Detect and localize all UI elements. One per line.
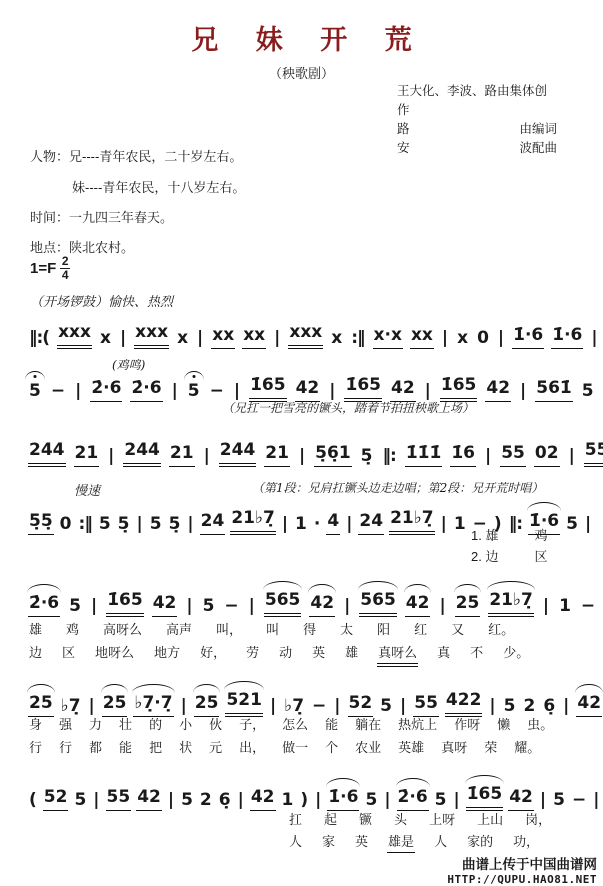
notation-token: 岗， [524, 812, 552, 828]
credits-role: 波配曲 [519, 139, 557, 158]
credits-role: 由编词 [519, 120, 557, 139]
notation-token: ( [28, 790, 38, 811]
notation-token: 英 [354, 834, 369, 850]
notation-token: 躺在 [354, 717, 382, 733]
notation-token: | [584, 514, 592, 535]
notation-token: 565 [359, 590, 397, 617]
notation-token: ) [299, 790, 309, 811]
notation-token: ♭7̣ [283, 696, 305, 717]
lyrics-line-6-verse-1: 身强力壮的小伙子，怎么能躺在热炕上作呀懒虫。 [28, 717, 554, 733]
notation-token: 5 [149, 514, 163, 535]
notation-token: 头 [393, 812, 408, 828]
notation-token: | [136, 514, 144, 535]
notation-token: 565 [264, 590, 302, 617]
notation-token: 边 [28, 645, 43, 661]
notation-token: 又 [450, 622, 465, 638]
notation-token: 2̇·6 [130, 378, 162, 402]
lyrics-line-5-verse-1: 雄鸡高呀么高声叫，叫得太阳红又红。 [28, 622, 515, 638]
notation-token: 动 [278, 645, 293, 661]
notation-token: | [88, 696, 96, 717]
notation-token: 壮 [118, 717, 133, 733]
notation-token: 2. 边 [470, 549, 499, 565]
notation-token: 24 [200, 511, 226, 535]
notation-token: 真 [436, 645, 451, 661]
notation-token: 做一 [281, 740, 309, 756]
notation-token: 功， [512, 834, 540, 850]
notation-token: 5̣ [360, 446, 374, 467]
notation-token: 244 [219, 440, 257, 467]
notation-token: 作呀 [453, 717, 481, 733]
notation-token: 地呀么 [94, 645, 135, 661]
notation-token: 真呀么 [377, 645, 418, 667]
notation-token: | [74, 381, 82, 402]
notation-token: ♭7̣·7̣ [133, 693, 173, 717]
music-line-6: 25♭7̣|25♭7̣·7̣|25521|♭7̣−|525|55422|526̣… [28, 690, 603, 717]
notation-token: | [171, 381, 179, 402]
notation-token: | [542, 596, 550, 617]
notation-token: 1̇65 [106, 590, 144, 617]
notation-token: | [167, 790, 175, 811]
notation-token: 1̇65 [466, 784, 504, 811]
notation-token: 1 [294, 514, 308, 535]
notation-token: 不 [469, 645, 484, 661]
notation-token: 21♭7̣ [488, 590, 534, 617]
notation-token: | [441, 328, 449, 349]
notation-token: 0 [59, 514, 73, 535]
verse-numbers: 1. 雄鸡 2. 边区 [470, 528, 548, 571]
meta-time: 时间：一九四三年春天。 [30, 207, 173, 226]
notation-token: 244 [123, 440, 161, 467]
notation-token: 2 [199, 790, 213, 811]
notation-token: | [592, 790, 600, 811]
notation-token: 雄 [28, 622, 43, 638]
notation-token: 劳 [245, 645, 260, 661]
notation-token: | [248, 596, 256, 617]
music-line-5: 2̇·65|1̇6542|5−|56542|56542|2521♭7̣|1−| [28, 590, 603, 617]
notation-token: 42 [136, 787, 162, 811]
notation-token: 起 [323, 812, 338, 828]
notation-token: | [590, 328, 598, 349]
notation-token: 镢 [358, 812, 373, 828]
notation-token: 真呀 [440, 740, 468, 756]
notation-token: 农业 [354, 740, 382, 756]
notation-token: xxx [134, 322, 169, 349]
notation-token: | [269, 696, 277, 717]
notation-token: 244 [28, 440, 66, 467]
watermark-url: HTTP://QUPU.HAO81.NET [447, 873, 597, 886]
notation-token: 5 [581, 381, 595, 402]
page-title: 兄 妹 开 荒 [0, 18, 603, 57]
notation-token: 24 [358, 511, 384, 535]
time-numerator: 2 [62, 256, 69, 267]
notation-token: 0 [476, 328, 490, 349]
notation-token: | [333, 696, 341, 717]
notation-token: 1̇·6 [327, 787, 359, 811]
notation-token: 5 [364, 790, 378, 811]
notation-token: 21 [264, 443, 290, 467]
notation-token: − [311, 696, 327, 717]
music-line-1-percussion: ‖:(xxxx|xxxx|xxxx|xxxx:‖x·xxx|x0|1̇·61̇·… [28, 322, 599, 349]
notation-token: 2̇·6 [28, 593, 60, 617]
notation-token: 身 [28, 717, 43, 733]
notation-token: 强 [58, 717, 73, 733]
notation-token: 5 [73, 790, 87, 811]
notation-token: 叫， [215, 622, 243, 638]
notation-token: 5 [187, 381, 201, 402]
notation-token: 虫。 [526, 717, 554, 733]
notation-token: − [50, 381, 66, 402]
notation-token: x [456, 328, 469, 349]
notation-token: 高呀么 [102, 622, 143, 638]
notation-token: ♭7̣ [60, 696, 82, 717]
notation-token: | [203, 446, 211, 467]
notation-token: 1̇1̇1̇ [405, 443, 443, 467]
credits-line-2: 路 由编词 [397, 120, 557, 139]
notation-token: | [196, 328, 204, 349]
notation-token: 561̇ [535, 378, 573, 402]
sheet-music-page: 兄 妹 开 荒 （秧歌剧） 王大化、李波、路由集体创作 路 由编词 安 波配曲 … [0, 0, 603, 886]
notation-token: | [90, 596, 98, 617]
notation-token: | [484, 446, 492, 467]
lyrics-line-7-verse-1: 扛起镢头上呀上山岗， [288, 812, 552, 828]
notation-token: 42 [250, 787, 276, 811]
lyrics-line-6-verse-2: 行行都能把状元出，做一个农业英雄真呀荣耀。 [28, 740, 541, 756]
notation-token: 小 [178, 717, 193, 733]
notation-token: 5̣ [117, 514, 131, 535]
notation-token: 5̣ [168, 514, 182, 535]
notation-token: | [185, 596, 193, 617]
notation-token: 1̇·6 [551, 325, 583, 349]
notation-token: 扛 [288, 812, 303, 828]
verse-2-label: 2. 边区 [470, 549, 548, 565]
notation-token: xx [410, 325, 434, 349]
notation-token: :‖ [350, 328, 365, 349]
notation-token: 太 [339, 622, 354, 638]
credits-line-3: 安 波配曲 [397, 139, 557, 158]
verse-instruction: （第1段：兄肩扛镢头边走边唱；第2段：兄开荒时唱） [252, 479, 543, 496]
notation-token: 红。 [487, 622, 515, 638]
notation-token: 25 [102, 693, 128, 717]
notation-token: · [313, 514, 321, 535]
notation-token: 25 [194, 693, 220, 717]
notation-token: 少。 [502, 645, 530, 661]
meta-characters-2: 妹----青年农民，十八岁左右。 [72, 177, 245, 196]
notation-token: 懒 [496, 717, 511, 733]
notation-token: 25 [455, 593, 481, 617]
notation-token: 5 [180, 790, 194, 811]
notation-token: | [314, 790, 322, 811]
notation-token: 42 [485, 378, 511, 402]
notation-token: 2̇·6 [90, 378, 122, 402]
tempo-slow-label: 慢速 [74, 480, 100, 499]
tempo-marking: （开场锣鼓）愉快、热烈 [30, 291, 173, 310]
notation-token: 上山 [476, 812, 504, 828]
notation-token: | [399, 696, 407, 717]
notation-token: 地方 [153, 645, 181, 661]
notation-token: | [119, 328, 127, 349]
notation-token: 1̇·6 [512, 325, 544, 349]
notation-token: xx [242, 325, 266, 349]
notation-token: 25 [28, 693, 54, 717]
notation-token: x [176, 328, 189, 349]
credits-line-1: 王大化、李波、路由集体创作 [397, 82, 557, 120]
notation-token: − [580, 596, 596, 617]
notation-token: | [440, 514, 448, 535]
notation-token: 52 [348, 693, 374, 717]
notation-token: 521 [225, 690, 263, 717]
stage-direction-entrance: （兄扛一把雪亮的镢头，踏着节拍扭秧歌上场） [222, 399, 474, 416]
notation-token: 52 [43, 787, 69, 811]
notation-token: 区 [61, 645, 76, 661]
notation-token: 42 [508, 787, 534, 811]
notation-token: 5 [202, 596, 216, 617]
notation-token: | [343, 596, 351, 617]
notation-token: 5̣6̣1 [314, 443, 352, 467]
notation-token: 21 [169, 443, 195, 467]
notation-token: 好， [199, 645, 227, 661]
notation-token: 鸡 [533, 528, 548, 544]
notation-token: 荣 [483, 740, 498, 756]
lyrics-line-5-verse-2: 边区地呀么地方好，劳动英雄真呀么真不少。 [28, 645, 530, 667]
notation-token: − [223, 596, 239, 617]
label-rooster-crow: (鸡鸣) [112, 356, 145, 373]
notation-token: 21♭7̣ [389, 508, 435, 535]
notation-token: − [571, 790, 587, 811]
notation-token: 个 [324, 740, 339, 756]
notation-token: 雄是 [387, 834, 415, 853]
notation-token: 的 [148, 717, 163, 733]
notation-token: 2̇·6 [397, 787, 429, 811]
notation-token: 555 [584, 440, 603, 467]
notation-token: 21 [74, 443, 100, 467]
notation-token: 21♭7̣ [230, 508, 276, 535]
notation-token: 家的 [466, 834, 494, 850]
notation-token: 元 [208, 740, 223, 756]
notation-token: 英雄 [397, 740, 425, 756]
notation-token: 1̇6 [450, 443, 476, 467]
notation-token: 人 [288, 834, 303, 850]
credits-name-left: 路 [397, 120, 410, 139]
notation-token: 55 [500, 443, 526, 467]
time-signature: 2 4 [60, 256, 70, 281]
notation-token: | [539, 790, 547, 811]
notation-token: 02 [534, 443, 560, 467]
key-signature: 1=F 2 4 [30, 256, 70, 281]
notation-token: | [107, 446, 115, 467]
notation-token: 区 [533, 549, 548, 565]
notation-token: 5 [552, 790, 566, 811]
notation-token: 怎么 [281, 717, 309, 733]
watermark: 曲谱上传于中国曲谱网 HTTP://QUPU.HAO81.NET [447, 853, 597, 886]
notation-token: ‖:( [28, 328, 50, 349]
notation-token: 子， [238, 717, 266, 733]
subtitle: （秧歌剧） [0, 63, 603, 82]
notation-token: xx [211, 325, 235, 349]
notation-token: 耀。 [513, 740, 541, 756]
notation-token: x [99, 328, 112, 349]
music-line-7: (525|5542|526̣|421)|1̇·65|2̇·65|1̇6542|5… [28, 784, 600, 811]
credits-block: 王大化、李波、路由集体创作 路 由编词 安 波配曲 [397, 82, 557, 158]
credits-name-left: 安 [397, 139, 410, 158]
notation-token: | [237, 790, 245, 811]
notation-token: 5̣5̣ [28, 511, 54, 535]
notation-token: 行 [58, 740, 73, 756]
notation-token: 人 [433, 834, 448, 850]
notation-token: 出， [238, 740, 266, 756]
notation-token: 把 [148, 740, 163, 756]
notation-token: | [453, 790, 461, 811]
meta-characters: 人物：兄----青年农民，二十岁左右。 [30, 146, 242, 165]
notation-token: | [180, 696, 188, 717]
notation-token: 2 [522, 696, 536, 717]
notation-token: | [568, 446, 576, 467]
notation-token: 上呀 [428, 812, 456, 828]
notation-token: | [186, 514, 194, 535]
notation-token: | [273, 328, 281, 349]
notation-token: 行 [28, 740, 43, 756]
notation-token: 42 [152, 593, 178, 617]
notation-token: | [488, 696, 496, 717]
notation-token: 42 [576, 693, 602, 717]
notation-token: 5 [434, 790, 448, 811]
notation-token: x·x [373, 325, 403, 349]
notation-token: 家 [321, 834, 336, 850]
notation-token: 6̣ [218, 790, 232, 811]
notation-token: 4 [326, 511, 340, 535]
notation-token: 1 [453, 514, 467, 535]
lyrics-line-7-verse-2: 人家英雄是人家的功， [288, 834, 540, 853]
notation-token: 伙 [208, 717, 223, 733]
watermark-site-name: 曲谱上传于中国曲谱网 [447, 853, 597, 873]
notation-token: 都 [88, 740, 103, 756]
music-line-3: 24421|24421|24421|5̣6̣15̣‖:1̇1̇1̇1̇6|550… [28, 440, 603, 467]
notation-token: | [281, 514, 289, 535]
notation-token: 1 [558, 596, 572, 617]
notation-token: | [92, 790, 100, 811]
notation-token: 英 [311, 645, 326, 661]
notation-token: 红 [413, 622, 428, 638]
notation-token: 422 [445, 690, 483, 717]
notation-token: 得 [302, 622, 317, 638]
notation-token: 55 [106, 787, 132, 811]
meta-place: 地点：陕北农村。 [30, 237, 134, 256]
notation-token: 鸡 [65, 622, 80, 638]
notation-token: 55 [413, 693, 439, 717]
key-tonic: 1=F [30, 260, 56, 277]
notation-token: 阳 [376, 622, 391, 638]
notation-token: 6̣ [542, 696, 556, 717]
notation-token: 5 [28, 381, 42, 402]
verse-1-label: 1. 雄鸡 [470, 528, 548, 544]
notation-token: 高声 [165, 622, 193, 638]
notation-token: 能 [118, 740, 133, 756]
notation-token: 力 [88, 717, 103, 733]
notation-token: 5 [503, 696, 517, 717]
notation-token: xxx [288, 322, 323, 349]
notation-token: | [438, 596, 446, 617]
notation-token: | [345, 514, 353, 535]
notation-token: x [330, 328, 343, 349]
notation-token: :‖ [78, 514, 93, 535]
notation-token: 1. 雄 [470, 528, 499, 544]
notation-token: | [519, 381, 527, 402]
notation-token: | [298, 446, 306, 467]
notation-token: 叫 [265, 622, 280, 638]
notation-token: 5 [565, 514, 579, 535]
notation-token: xxx [57, 322, 92, 349]
notation-token: 状 [178, 740, 193, 756]
notation-token: | [562, 696, 570, 717]
time-denominator: 4 [62, 270, 69, 281]
notation-token: 雄 [344, 645, 359, 661]
notation-token: | [497, 328, 505, 349]
notation-token: 能 [324, 717, 339, 733]
notation-token: 5 [68, 596, 82, 617]
notation-token: 5 [379, 696, 393, 717]
notation-token: 热炕上 [397, 717, 438, 733]
notation-token: 1 [281, 790, 295, 811]
notation-token: 5 [98, 514, 112, 535]
notation-token: ‖: [382, 446, 397, 467]
notation-token: 42 [405, 593, 431, 617]
notation-token: | [383, 790, 391, 811]
notation-token: 42 [309, 593, 335, 617]
